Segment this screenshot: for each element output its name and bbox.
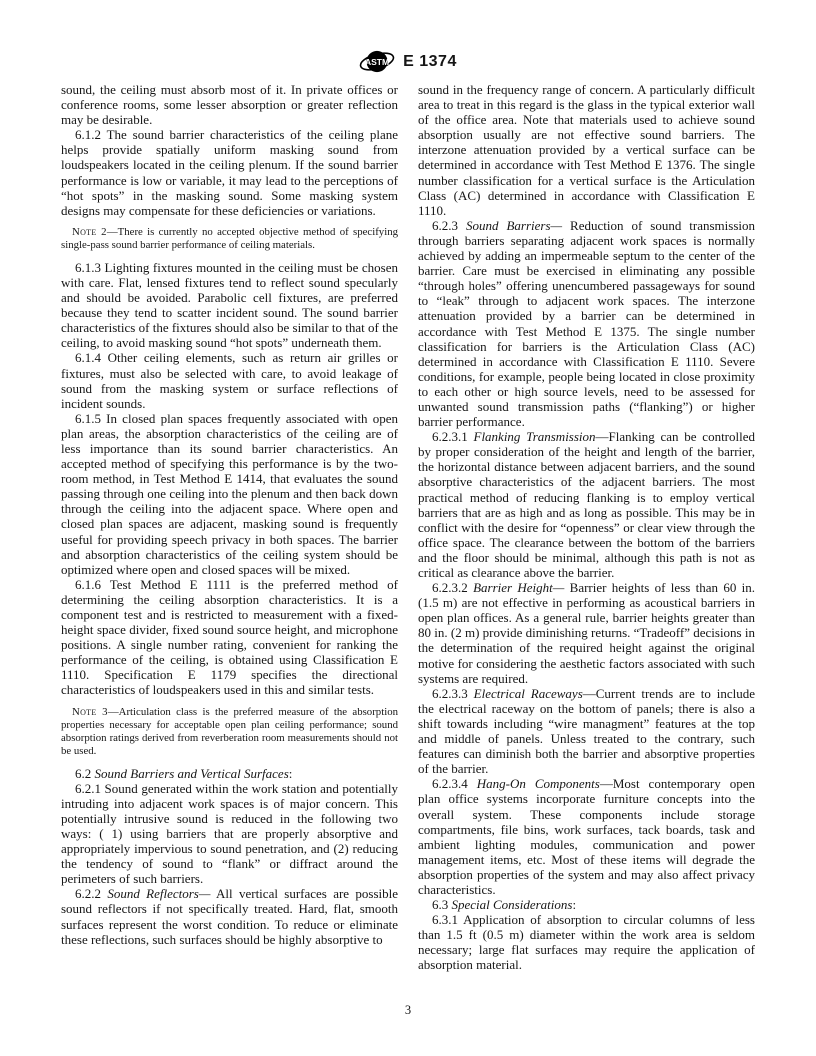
astm-logo-icon: ASTM bbox=[359, 48, 395, 75]
document-body: sound, the ceiling must absorb most of i… bbox=[61, 82, 755, 973]
section-paragraph: 6.2.3.1 Flanking Transmission—Flanking c… bbox=[418, 429, 755, 580]
section-paragraph: 6.2.3.3 Electrical Raceways—Current tren… bbox=[418, 686, 755, 777]
paragraph-continuation: sound, the ceiling must absorb most of i… bbox=[61, 82, 398, 127]
svg-text:ASTM: ASTM bbox=[365, 57, 389, 67]
section-term: Sound Barriers— bbox=[466, 218, 562, 233]
note-label: Note 3 bbox=[72, 706, 108, 718]
paragraph-text: 6.3.1 Application of absorption to circu… bbox=[418, 912, 755, 972]
paragraph-continuation: sound in the frequency range of concern.… bbox=[418, 82, 755, 218]
note-label: Note 2 bbox=[72, 226, 107, 238]
section-paragraph: 6.2.1 Sound generated within the work st… bbox=[61, 781, 398, 887]
document-code: E 1374 bbox=[403, 53, 457, 71]
section-paragraph: 6.2.2 Sound Reflectors— All vertical sur… bbox=[61, 886, 398, 946]
note: Note 3—Articulation class is the preferr… bbox=[61, 706, 398, 758]
section-term: Sound Reflectors— bbox=[107, 886, 210, 901]
section-title: Sound Barriers and Vertical Surfaces bbox=[95, 766, 289, 781]
section-paragraph: 6.3.1 Application of absorption to circu… bbox=[418, 912, 755, 972]
document-page: ASTM E 1374 sound, the ceiling must abso… bbox=[0, 0, 816, 1056]
section-term: Hang-On Components bbox=[477, 776, 600, 791]
section-term: Electrical Raceways bbox=[474, 686, 583, 701]
section-term: Barrier Height— bbox=[473, 580, 564, 595]
paragraph-text: —Flanking can be controlled by proper co… bbox=[418, 429, 755, 580]
section-heading: 6.3 Special Considerations: bbox=[418, 897, 755, 912]
page-header: ASTM E 1374 bbox=[0, 48, 816, 75]
section-number: 6.2.3.3 bbox=[432, 686, 474, 701]
section-title: Special Considerations bbox=[452, 897, 573, 912]
paragraph-text: —Most contemporary open plan office syst… bbox=[418, 776, 755, 897]
section-paragraph: 6.1.6 Test Method E 1111 is the preferre… bbox=[61, 577, 398, 698]
section-term: Flanking Transmission bbox=[474, 429, 596, 444]
section-paragraph: 6.2.3 Sound Barriers— Reduction of sound… bbox=[418, 218, 755, 429]
section-number: 6.2 bbox=[75, 766, 95, 781]
paragraph-text: sound in the frequency range of concern.… bbox=[418, 82, 755, 218]
section-paragraph: 6.1.4 Other ceiling elements, such as re… bbox=[61, 350, 398, 410]
note-text: —There is currently no accepted objectiv… bbox=[61, 226, 398, 251]
paragraph-text: 6.1.3 Lighting fixtures mounted in the c… bbox=[61, 260, 398, 350]
section-paragraph: 6.2.3.4 Hang-On Components—Most contempo… bbox=[418, 776, 755, 897]
paragraph-text: Barrier heights of less than 60 in. (1.5… bbox=[418, 580, 755, 686]
right-column: sound in the frequency range of concern.… bbox=[418, 82, 755, 973]
paragraph-text: 6.1.6 Test Method E 1111 is the preferre… bbox=[61, 577, 398, 698]
note: Note 2—There is currently no accepted ob… bbox=[61, 226, 398, 252]
section-paragraph: 6.1.3 Lighting fixtures mounted in the c… bbox=[61, 260, 398, 351]
section-paragraph: 6.2.3.2 Barrier Height— Barrier heights … bbox=[418, 580, 755, 686]
section-number: 6.2.3 bbox=[432, 218, 466, 233]
page-footer: 3 bbox=[0, 1003, 816, 1018]
paragraph-text: sound, the ceiling must absorb most of i… bbox=[61, 82, 398, 127]
section-number: 6.2.2 bbox=[75, 886, 107, 901]
section-number: 6.2.3.1 bbox=[432, 429, 474, 444]
paragraph-text: 6.1.2 The sound barrier characteristics … bbox=[61, 127, 398, 217]
section-number: 6.2.3.4 bbox=[432, 776, 477, 791]
note-text: —Articulation class is the preferred mea… bbox=[61, 706, 398, 757]
paragraph-text: 6.2.1 Sound generated within the work st… bbox=[61, 781, 398, 887]
section-tail: : bbox=[289, 766, 293, 781]
left-column: sound, the ceiling must absorb most of i… bbox=[61, 82, 398, 973]
section-paragraph: 6.1.2 The sound barrier characteristics … bbox=[61, 127, 398, 218]
section-number: 6.2.3.2 bbox=[432, 580, 473, 595]
section-number: 6.3 bbox=[432, 897, 452, 912]
section-heading: 6.2 Sound Barriers and Vertical Surfaces… bbox=[61, 766, 398, 781]
paragraph-text: 6.1.5 In closed plan spaces frequently a… bbox=[61, 411, 398, 577]
paragraph-text: 6.1.4 Other ceiling elements, such as re… bbox=[61, 350, 398, 410]
paragraph-text: Reduction of sound transmission through … bbox=[418, 218, 755, 429]
section-tail: : bbox=[572, 897, 576, 912]
page-number: 3 bbox=[405, 1003, 411, 1017]
section-paragraph: 6.1.5 In closed plan spaces frequently a… bbox=[61, 411, 398, 577]
